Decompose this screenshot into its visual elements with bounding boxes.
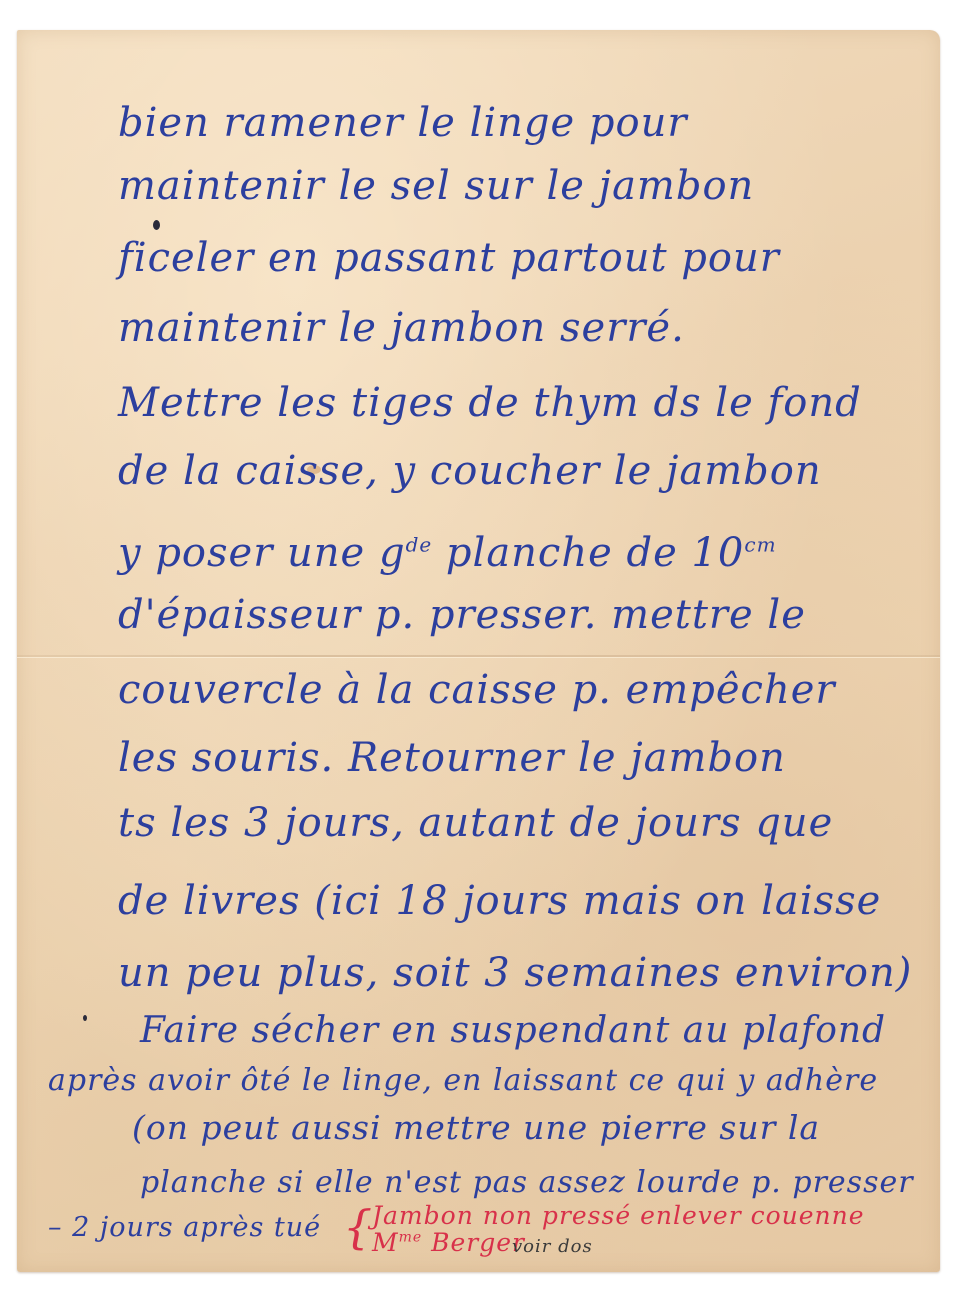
ink-dot xyxy=(83,1015,87,1021)
text-line-3: ficeler en passant partout pour xyxy=(118,235,780,281)
text-line-11: ts les 3 jours, autant de jours que xyxy=(118,800,833,846)
text-line-10: les souris. Retourner le jambon xyxy=(118,735,786,781)
red-brace: { xyxy=(343,1200,373,1254)
ink-spot xyxy=(153,220,160,230)
text-line-7b: planche de 10 xyxy=(432,530,744,576)
text-line-13: un peu plus, soit 3 semaines environ) xyxy=(118,950,912,996)
text-line-6: de la caisse, y coucher le jambon xyxy=(118,448,822,494)
footer-red-prefix: M xyxy=(372,1228,399,1257)
text-line-7a: y poser une g xyxy=(118,530,406,576)
text-line-5: Mettre les tiges de thym ds le fond xyxy=(118,380,862,426)
text-line-17: planche si elle n'est pas assez lourde p… xyxy=(140,1165,914,1200)
text-line-7: y poser une gde planche de 10cm xyxy=(118,530,777,576)
text-line-4: maintenir le jambon serré. xyxy=(118,305,685,351)
footer-red-line-2: Mme Berger xyxy=(372,1228,525,1257)
footer-left-note: – 2 jours après tué xyxy=(48,1212,321,1243)
text-line-2: maintenir le sel sur le jambon xyxy=(118,163,754,209)
text-line-16: (on peut aussi mettre une pierre sur la xyxy=(132,1108,820,1147)
text-line-9: couvercle à la caisse p. empêcher xyxy=(118,667,836,713)
text-line-15: après avoir ôté le linge, en laissant ce… xyxy=(48,1063,878,1098)
text-line-14: Faire sécher en suspendant au plafond xyxy=(140,1010,886,1051)
paper-fold-line xyxy=(17,655,940,657)
text-line-12: de livres (ici 18 jours mais on laisse xyxy=(118,878,881,924)
superscript-cm: cm xyxy=(744,533,776,557)
text-line-1: bien ramener le linge pour xyxy=(118,100,687,146)
footer-gray-note: voir dos xyxy=(512,1236,593,1257)
superscript-de: de xyxy=(406,533,433,557)
footer-red-line-1: Jambon non pressé enlever couenne xyxy=(372,1201,865,1230)
text-line-8: d'épaisseur p. presser. mettre le xyxy=(118,592,806,638)
footer-red-name: Berger xyxy=(422,1228,525,1257)
footer-red-superscript: me xyxy=(399,1230,423,1246)
